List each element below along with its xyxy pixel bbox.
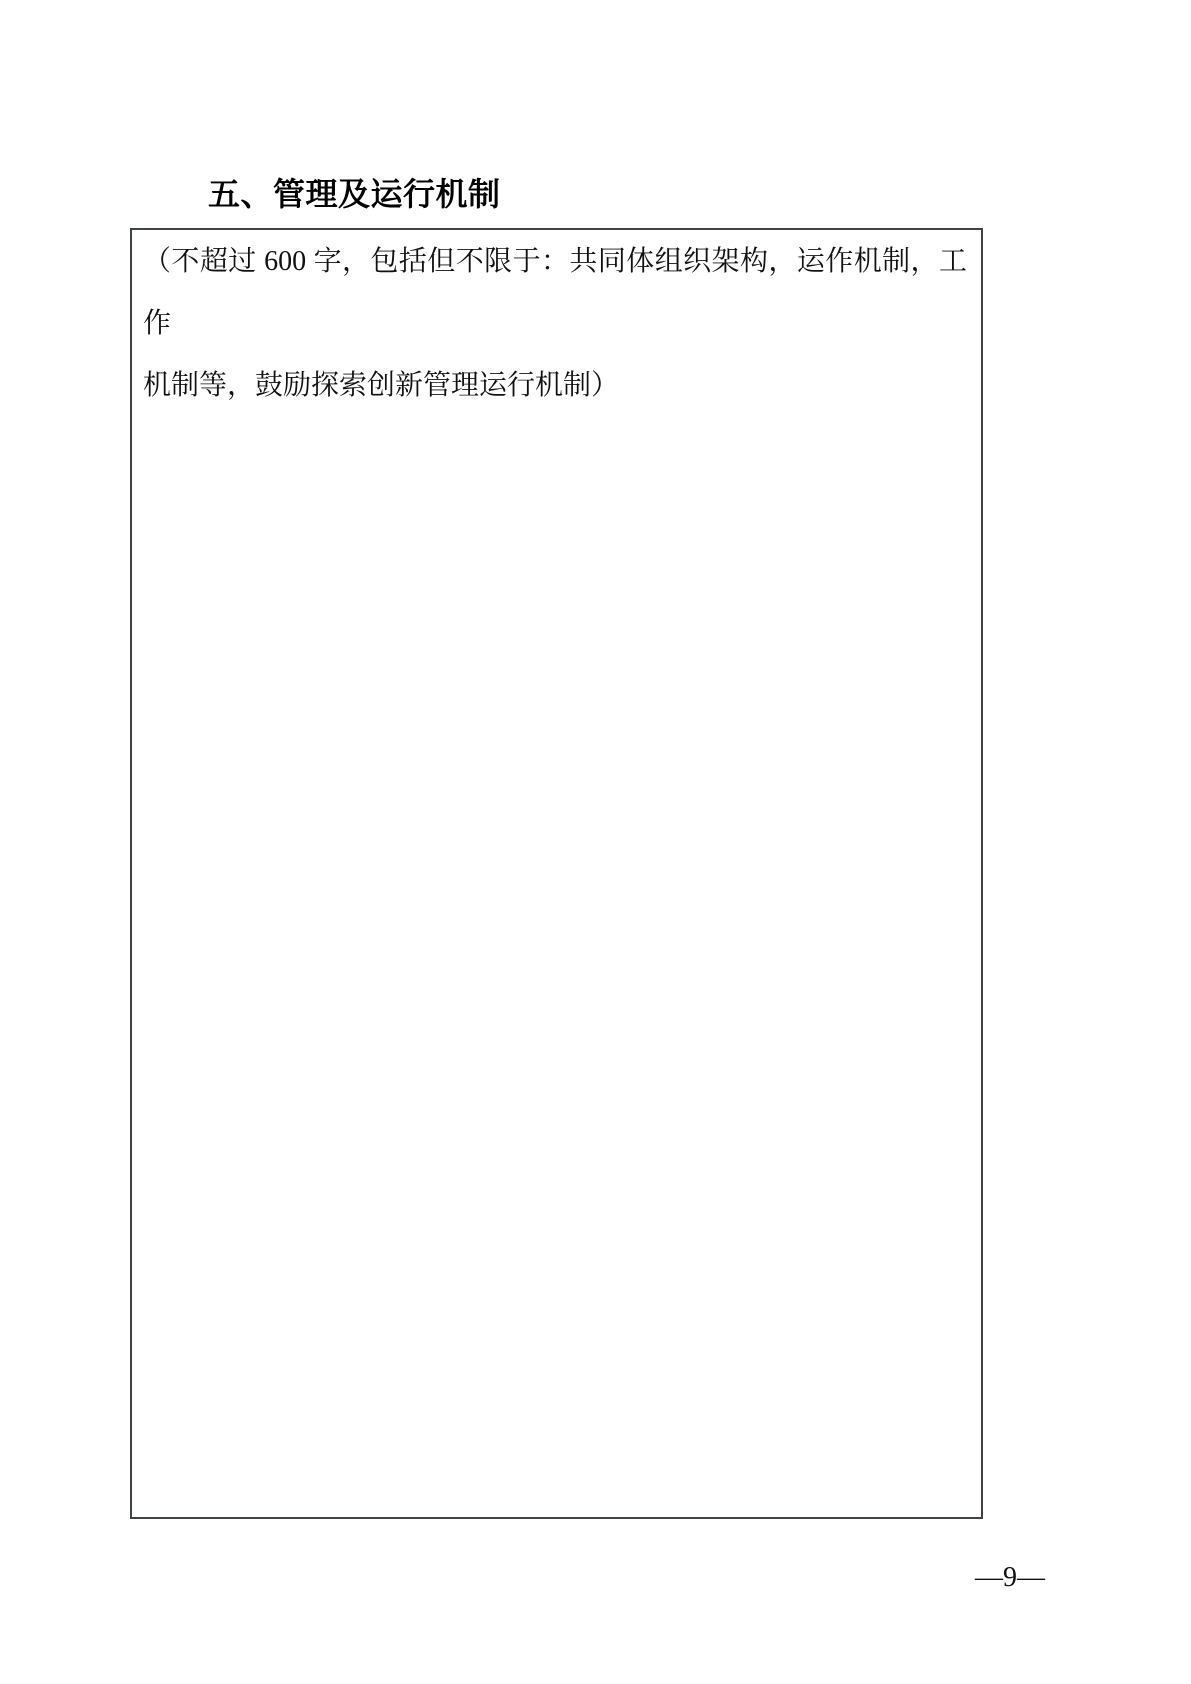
placeholder-text-line-2: 机制等，鼓励探索创新管理运行机制）: [143, 355, 967, 417]
page-number: —9—: [975, 1562, 1045, 1594]
content-box: （不超过 600 字，包括但不限于：共同体组织架构，运作机制，工作 机制等，鼓励…: [130, 228, 983, 1519]
placeholder-text-line-1: （不超过 600 字，包括但不限于：共同体组织架构，运作机制，工作: [143, 231, 967, 355]
document-page: 五、管理及运行机制 （不超过 600 字，包括但不限于：共同体组织架构，运作机制…: [0, 0, 1191, 1684]
section-heading: 五、管理及运行机制: [208, 176, 501, 212]
